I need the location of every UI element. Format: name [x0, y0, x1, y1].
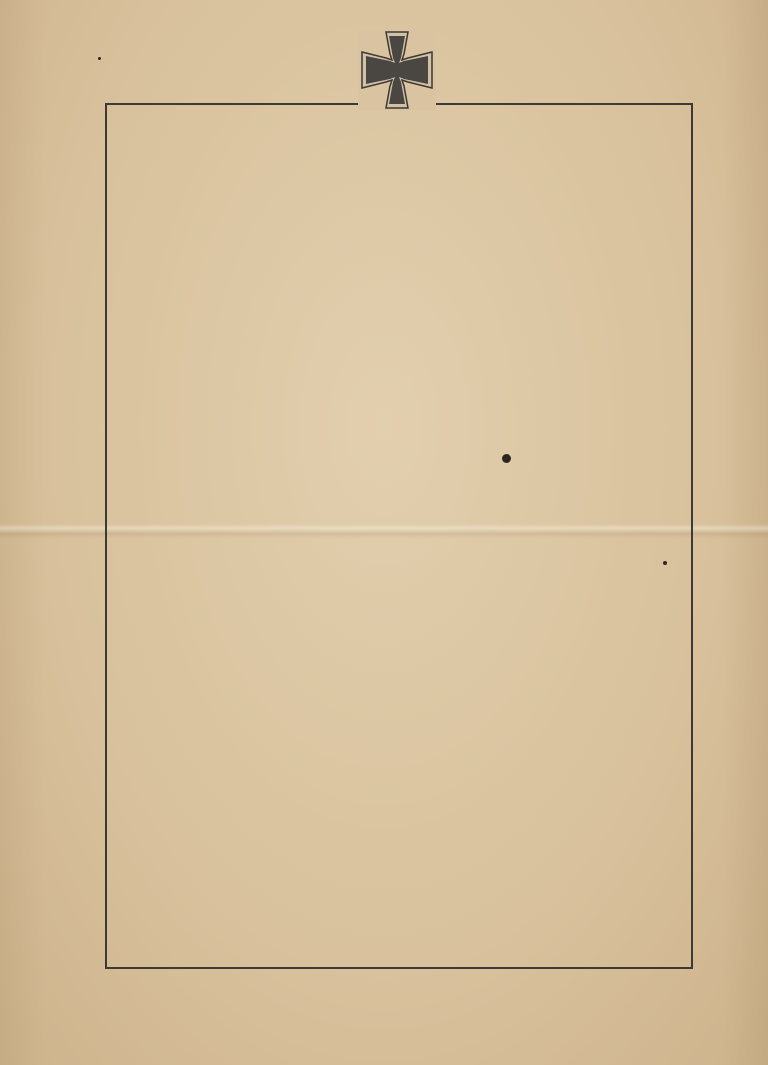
military-cross-icon: [358, 30, 436, 110]
oak-leaf-border-bottom: [80, 975, 692, 1003]
oak-leaf-border-left: [74, 92, 102, 980]
inner-frame: [105, 103, 693, 969]
document-page: [0, 0, 768, 1065]
ink-fleck: [98, 57, 101, 60]
oak-leaf-border-right: [700, 92, 728, 980]
ink-fleck: [502, 454, 511, 463]
ink-fleck: [663, 561, 667, 565]
cross-emblem: [358, 30, 436, 110]
